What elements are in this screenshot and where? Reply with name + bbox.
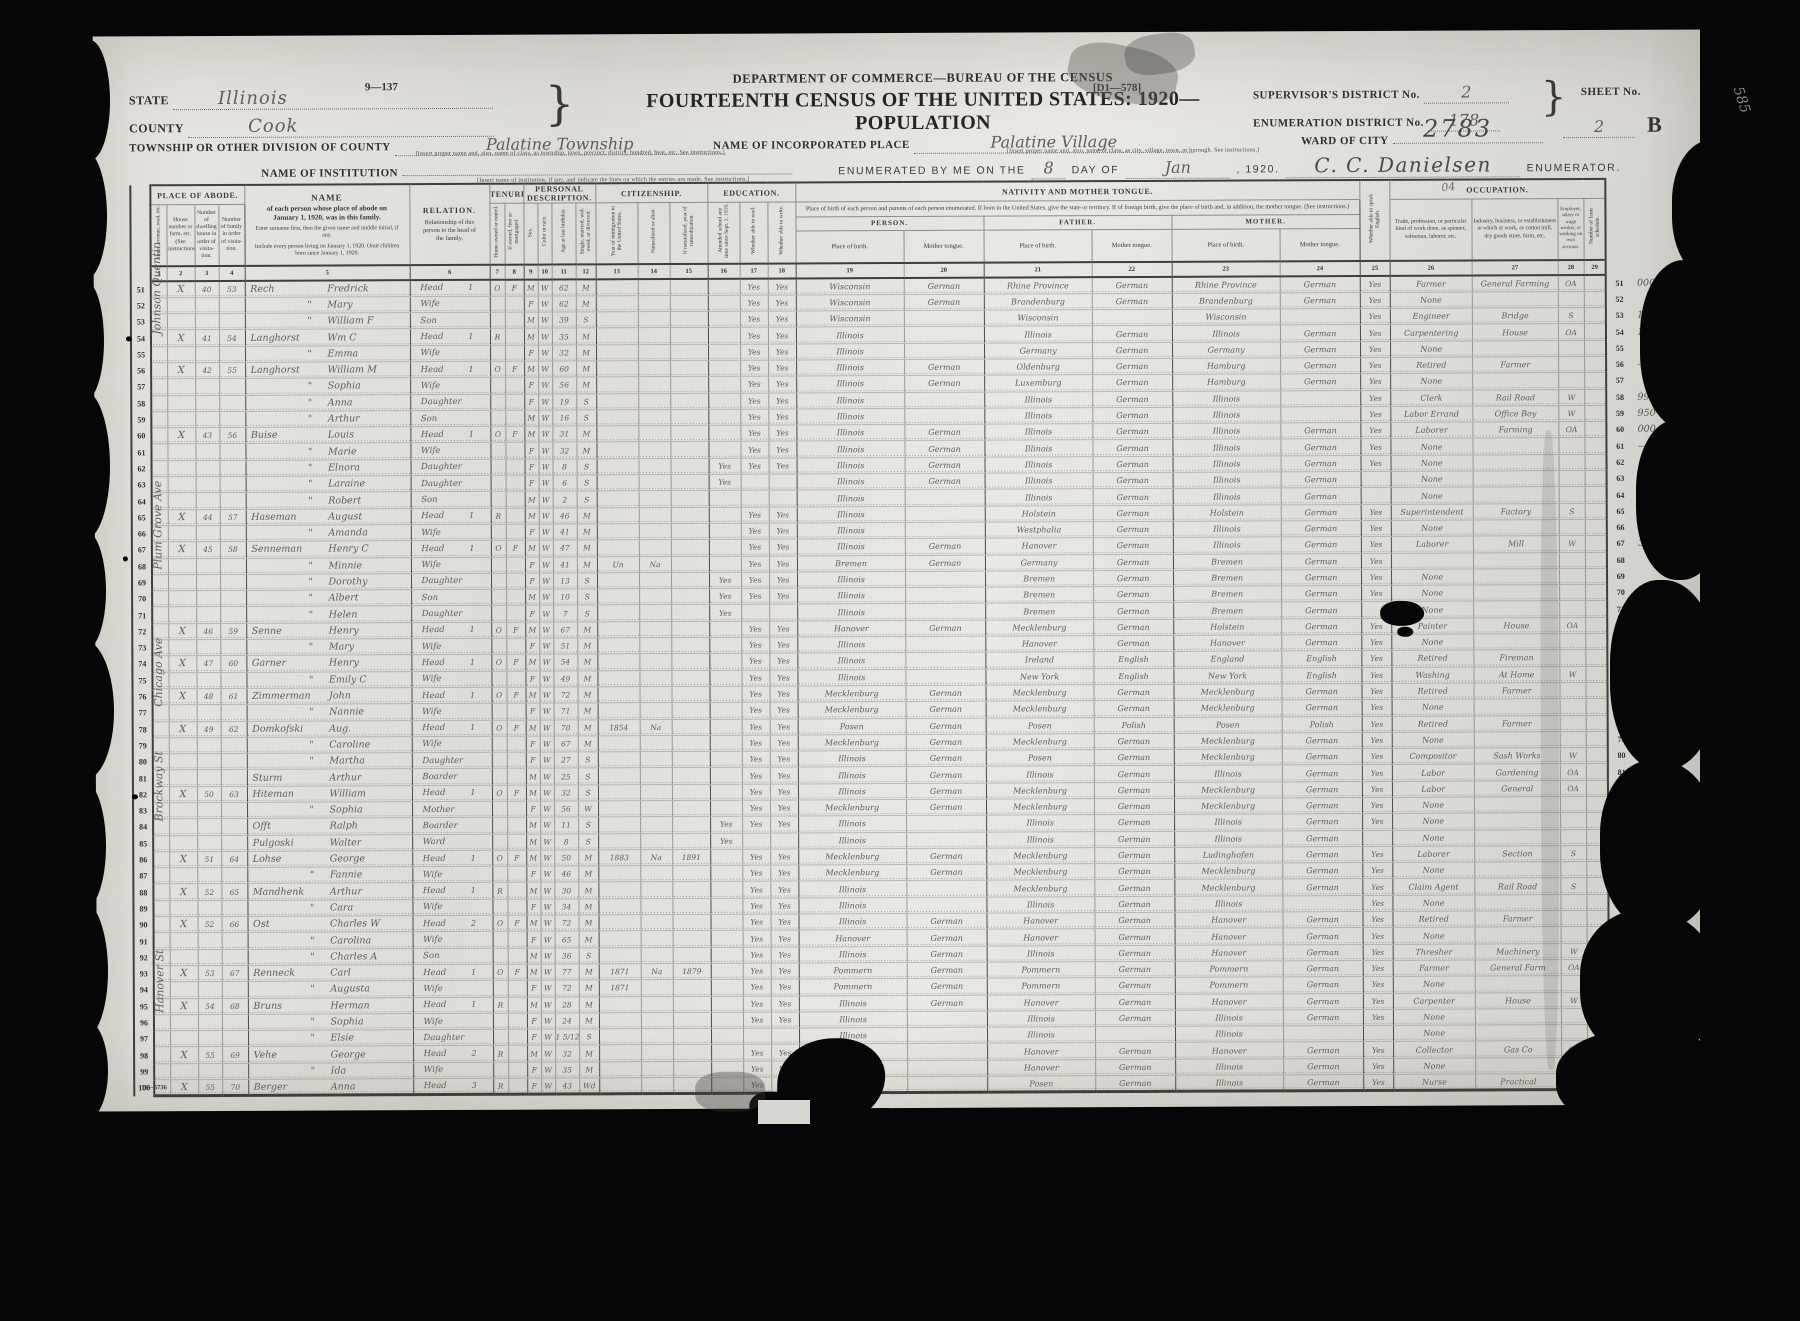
cell-mt: German: [905, 555, 985, 572]
column-family-number: Num­ber of family in order of vis­ita­ti…: [218, 204, 244, 266]
cell-race: W: [538, 377, 552, 393]
cell-mmt: German: [1281, 520, 1361, 537]
cell-fam: 57: [220, 509, 246, 525]
cell-occ: None: [1391, 520, 1473, 537]
cell-imm: [598, 703, 640, 719]
name-title: NAME: [245, 192, 409, 203]
cell-age: 46: [553, 508, 577, 524]
cell-fpb: Mecklenburg: [986, 848, 1094, 865]
cell-eng: Yes: [1361, 553, 1391, 569]
cell-fm: [505, 410, 524, 426]
cell-line-left: 94: [134, 982, 154, 998]
cell-sex: M: [525, 622, 539, 638]
cell-wr: Yes: [770, 784, 798, 800]
cell-mpb: Hanover: [1175, 993, 1283, 1010]
table-header: PLACE OF ABODE. NAME of each person whos…: [130, 179, 1682, 267]
cell-street: [151, 444, 167, 460]
cell-age: 31: [552, 426, 576, 442]
cell-wr: Yes: [768, 295, 796, 311]
cell-nat: [638, 360, 670, 376]
cell-sex: F: [527, 980, 541, 996]
cell-imm: [599, 1013, 641, 1029]
cell-age: 6: [553, 475, 577, 491]
cell-emp: OA: [1560, 764, 1586, 780]
cell-nat: [639, 523, 671, 539]
cell-eng: Yes: [1363, 944, 1393, 960]
cell-pb: Illinois: [797, 490, 905, 507]
cell-fam: [222, 933, 248, 949]
cell-fpb: Hanover: [987, 1043, 1095, 1060]
cell-occ: None: [1393, 1058, 1475, 1075]
cell-mar: M: [578, 882, 598, 898]
cell-dw: 55: [198, 1080, 222, 1096]
cell-emp: [1561, 911, 1587, 927]
cell-line-left: 73: [132, 640, 152, 656]
cell-dw: 46: [196, 623, 220, 639]
cell-mpb: Hamburg: [1172, 358, 1280, 375]
cell-dw: [195, 395, 219, 411]
cell-mt: [906, 669, 986, 686]
cell-mt: German: [904, 278, 984, 295]
cell-name: "Fannie: [247, 867, 412, 884]
cell-emp: [1559, 471, 1585, 487]
cell-name: "Mary: [246, 639, 411, 656]
cell-rel: Son: [411, 492, 491, 509]
cell-fam: [220, 607, 246, 623]
cell-fmt: Polish: [1094, 717, 1174, 734]
cell-rd: Yes: [743, 979, 771, 995]
cell-fmt: German: [1093, 472, 1173, 489]
cell-fmt: [1092, 309, 1172, 326]
cell-line-left: 76: [133, 689, 153, 705]
cell-mt: German: [906, 799, 986, 816]
cell-race: W: [540, 785, 554, 801]
cell-race: W: [539, 475, 553, 491]
cell-age: 50: [554, 850, 578, 866]
cell-house: X: [170, 917, 198, 933]
cell-fmt: German: [1092, 293, 1172, 310]
cell-age: 46: [554, 866, 578, 882]
cell-pb: Illinois: [799, 914, 907, 931]
cell-race: W: [540, 850, 554, 866]
cell-eng: Yes: [1361, 634, 1391, 650]
cell-mar: M: [577, 540, 597, 556]
cell-nat: Na: [639, 556, 671, 572]
cell-mpb: Illinois: [1173, 521, 1281, 538]
cell-rel: 3Head: [413, 1078, 493, 1095]
cell-fmt: German: [1094, 749, 1174, 766]
cell-race: W: [540, 866, 554, 882]
cell-occ: None: [1392, 813, 1474, 830]
cell-fpb: Posen: [986, 750, 1094, 767]
column-number: 25: [1360, 261, 1390, 276]
cell-mar: M: [578, 899, 598, 915]
cell-house: X: [170, 1080, 198, 1096]
cell-occ: Labor: [1392, 781, 1474, 798]
cell-pb: Illinois: [798, 816, 906, 833]
cell-rd: Yes: [740, 425, 768, 441]
cell-mar: M: [576, 442, 596, 458]
cell-imm: [597, 654, 639, 670]
cell-farm: [1585, 617, 1607, 633]
column-number: 10: [538, 265, 552, 280]
cell-fpb: Hanover: [985, 538, 1093, 555]
cell-eng: Yes: [1363, 895, 1393, 911]
cell-natyr: [670, 311, 708, 327]
cell-eng: Yes: [1360, 341, 1390, 357]
cell-race: W: [541, 1078, 555, 1094]
column-attended-school: Attended school any time since Sept. 1, …: [707, 202, 739, 264]
cell-farm: [1585, 454, 1607, 470]
cell-imm: [597, 572, 639, 588]
cell-fmt: German: [1094, 766, 1174, 783]
cell-race: W: [541, 964, 555, 980]
cell-fm: F: [505, 280, 524, 296]
cell-mpb: Hanover: [1175, 928, 1283, 945]
cell-line-left: 98: [134, 1047, 154, 1063]
cell-or: [490, 296, 505, 312]
father-tongue-header: Mother tongue.: [1092, 229, 1172, 262]
cell-imm: [596, 426, 638, 442]
cell-dw: [197, 900, 221, 916]
cell-fmt: German: [1094, 733, 1174, 750]
cell-race: W: [539, 589, 553, 605]
cell-line-left: 99: [134, 1064, 154, 1080]
cell-race: W: [541, 931, 555, 947]
cell-mmt: English: [1282, 667, 1362, 684]
cell-natyr: [671, 654, 709, 670]
cell-natyr: [670, 344, 708, 360]
sheet-letter: B: [1647, 112, 1662, 137]
cell-dw: 40: [195, 281, 219, 297]
cell-pb: Illinois: [797, 506, 905, 523]
film-edge-blob: [64, 530, 106, 650]
cell-imm: [598, 898, 640, 914]
torn-edge-blob: [1600, 760, 1720, 930]
cell-line-right: 67: [1607, 536, 1633, 552]
cell-age: 72: [554, 687, 578, 703]
group-citizenship: CITIZENSHIP.: [595, 183, 707, 203]
cell-race: W: [539, 605, 553, 621]
cell-age: 7: [553, 605, 577, 621]
cell-natyr: [672, 703, 710, 719]
cell-rel: Wife: [411, 524, 491, 541]
cell-ind: General Farming: [1472, 275, 1558, 292]
cell-ind: [1472, 291, 1558, 308]
cell-rel: Wife: [411, 638, 491, 655]
cell-occ: Retired: [1392, 716, 1474, 733]
cell-line-left: 95: [134, 998, 154, 1014]
cell-nat: [638, 328, 670, 344]
cell-fm: [508, 980, 527, 996]
cell-house: X: [170, 998, 198, 1014]
column-number: 13: [596, 264, 638, 279]
cell-fm: [507, 801, 526, 817]
cell-rel: Wife: [413, 932, 493, 949]
cell-fam: [221, 753, 247, 769]
cell-fpb: Pommern: [987, 962, 1095, 979]
cell-age: 35: [555, 1062, 579, 1078]
cell-line-left: 59: [131, 412, 151, 428]
cell-age: 49: [553, 671, 577, 687]
cell-fmt: German: [1092, 423, 1172, 440]
cell-rd: Yes: [742, 882, 770, 898]
cell-eng: Yes: [1361, 504, 1391, 520]
cell-nat: [641, 931, 673, 947]
cell-nat: [640, 801, 672, 817]
cell-farm: [1584, 324, 1606, 340]
cell-name: SennemanHenry C: [246, 541, 411, 558]
cell-sex: M: [526, 817, 540, 833]
cell-mar: M: [578, 736, 598, 752]
cell-fam: [220, 476, 246, 492]
cell-mt: [904, 310, 984, 327]
cell-sch: Yes: [709, 572, 741, 588]
cell-rel: Daughter: [412, 752, 492, 769]
cell-pb: Wisconsin: [796, 294, 904, 311]
cell-fmt: German: [1094, 880, 1174, 897]
enumerator-signature: C. C. Danielsen: [1314, 152, 1492, 177]
cell-rel: Daughter: [410, 394, 490, 411]
cell-sex: M: [526, 687, 540, 703]
cell-nat: [641, 1078, 673, 1094]
cell-natyr: [672, 866, 710, 882]
county-label: COUNTY: [129, 121, 184, 135]
speck: [123, 556, 128, 561]
cell-nat: [640, 898, 672, 914]
cell-line-left: 86: [133, 852, 153, 868]
cell-fm: [508, 1029, 527, 1045]
cell-or: [492, 801, 507, 817]
cell-imm: [596, 279, 638, 295]
cell-eng: Yes: [1361, 423, 1391, 439]
cell-emp: W: [1560, 666, 1586, 682]
cell-name: VeheGeorge: [248, 1046, 413, 1063]
cell-rd: Yes: [743, 1045, 771, 1061]
cell-mmt: German: [1280, 276, 1360, 293]
cell-mt: German: [905, 538, 985, 555]
cell-eng: Yes: [1363, 1009, 1393, 1025]
cell-name: MandhenkArthur: [247, 883, 412, 900]
cell-fm: [506, 524, 525, 540]
cell-pb: Mecklenburg: [798, 848, 906, 865]
cell-dw: [197, 754, 221, 770]
cell-name: "Emma: [245, 345, 410, 362]
cell-or: [490, 378, 505, 394]
cell-fm: [508, 948, 527, 964]
cell-house: [170, 982, 198, 998]
cell-name: "Ida: [248, 1062, 413, 1079]
cell-sch: [708, 311, 740, 327]
cell-fm: [507, 703, 526, 719]
cell-mar: M: [579, 915, 599, 931]
cell-ind: [1472, 373, 1558, 390]
cell-fam: 53: [219, 281, 245, 297]
cell-mpb: Illinois: [1174, 830, 1282, 847]
cell-imm: [598, 866, 640, 882]
cell-rd: Yes: [742, 719, 770, 735]
mother-tongue-header: Mother tongue.: [1280, 228, 1360, 261]
cell-street: [153, 835, 169, 851]
cell-mpb: Illinois: [1174, 765, 1282, 782]
cell-mpb: Brandenburg: [1172, 293, 1280, 310]
cell-nat: [640, 833, 672, 849]
cell-mar: S: [576, 410, 596, 426]
column-number: 15: [670, 264, 708, 279]
cell-wr: Yes: [771, 930, 799, 946]
cell-line-left: 96: [134, 1015, 154, 1031]
cell-dw: [196, 640, 220, 656]
cell-imm: [599, 1045, 641, 1061]
cell-mmt: German: [1281, 455, 1361, 472]
cell-natyr: [671, 523, 709, 539]
cell-age: 39: [552, 312, 576, 328]
cell-sch: [710, 751, 742, 767]
cell-pb: Illinois: [796, 359, 904, 376]
cell-street: [151, 346, 167, 362]
cell-farm: [1585, 633, 1607, 649]
cell-occ: Engineer: [1390, 308, 1472, 325]
cell-age: 19: [552, 394, 576, 410]
cell-eng: Yes: [1362, 846, 1392, 862]
cell-wr: Yes: [768, 393, 796, 409]
cell-rel: Wife: [412, 736, 492, 753]
cell-fm: [508, 1046, 527, 1062]
column-number: 2: [167, 266, 195, 281]
cell-fpb: Germany: [985, 554, 1093, 571]
cell-wr: Yes: [769, 556, 797, 572]
cell-rel: 2Head: [413, 1046, 493, 1063]
cell-fam: 63: [221, 786, 247, 802]
cell-or: R: [493, 1046, 508, 1062]
cell-mar: M: [577, 556, 597, 572]
cell-age: 27: [554, 752, 578, 768]
cell-eng: Yes: [1363, 977, 1393, 993]
cell-mt: German: [906, 750, 986, 767]
cell-imm: 1871: [599, 980, 641, 996]
cell-fm: F: [505, 361, 524, 377]
cell-pb: Illinois: [797, 457, 905, 474]
cell-wr: [771, 1028, 799, 1044]
column-able-to-write: Whether able to write.: [767, 202, 795, 264]
cell-imm: [599, 947, 641, 963]
cell-mt: German: [907, 962, 987, 979]
mother-pob-header: Place of birth.: [1172, 228, 1280, 261]
cell-line-left: 52: [131, 298, 151, 314]
cell-imm: [599, 996, 641, 1012]
cell-name: ZimmermanJohn: [247, 688, 412, 705]
cell-emp: [1561, 1025, 1587, 1041]
cell-or: [491, 638, 506, 654]
cell-fpb: Germany: [984, 342, 1092, 359]
cell-mmt: German: [1280, 423, 1360, 440]
cell-house: [167, 346, 195, 362]
cell-eng: [1361, 488, 1391, 504]
cell-natyr: [671, 507, 709, 523]
cell-race: W: [541, 915, 555, 931]
column-relation: RELATION. Relationship of this person to…: [409, 184, 489, 265]
cell-rd: [743, 1028, 771, 1044]
cell-mt: German: [904, 294, 984, 311]
cell-name: PulgoskiWalter: [247, 834, 412, 851]
cell-nat: [641, 947, 673, 963]
cell-fmt: German: [1093, 489, 1173, 506]
cell-house: [170, 949, 198, 965]
cell-sch: Yes: [710, 833, 742, 849]
cell-mt: German: [906, 848, 986, 865]
cell-or: [491, 573, 506, 589]
cell-farm: [1586, 666, 1608, 682]
cell-emp: [1560, 650, 1586, 666]
cell-mt: [907, 1060, 987, 1077]
cell-natyr: [671, 556, 709, 572]
cell-or: [490, 410, 505, 426]
group-occupation: OCCUPATION.: [1389, 179, 1605, 199]
cell-eng: Yes: [1360, 357, 1390, 373]
cell-name: "Marie: [245, 443, 410, 460]
cell-sex: M: [525, 589, 539, 605]
cell-house: [168, 493, 196, 509]
cell-farm: [1584, 275, 1606, 291]
cell-emp: [1560, 829, 1586, 845]
cell-line-left: 57: [131, 379, 151, 395]
cell-wr: Yes: [769, 507, 797, 523]
cell-mar: S: [577, 589, 597, 605]
cell-fmt: German: [1093, 570, 1173, 587]
cell-fam: 58: [220, 542, 246, 558]
cell-age: 70: [554, 719, 578, 735]
cell-occ: Labor: [1392, 764, 1474, 781]
cell-fpb: Mecklenburg: [986, 799, 1094, 816]
cell-age: 41: [553, 524, 577, 540]
cell-mar: M: [577, 670, 597, 686]
cell-mar: M: [578, 866, 598, 882]
cell-farm: [1585, 438, 1607, 454]
cell-fam: [219, 313, 245, 329]
cell-wr: Yes: [770, 735, 798, 751]
cell-fam: [220, 525, 246, 541]
cell-sex: M: [527, 997, 541, 1013]
cell-or: [492, 866, 507, 882]
census-table: PLACE OF ABODE. NAME of each person whos…: [129, 178, 1685, 1098]
cell-line-left: 80: [133, 754, 153, 770]
cell-or: [491, 671, 506, 687]
cell-rel: Son: [413, 948, 493, 965]
film-edge-blob: [62, 150, 107, 280]
cell-sex: M: [525, 540, 539, 556]
column-age: Age at last birth­day.: [551, 203, 575, 265]
cell-natyr: [672, 768, 710, 784]
cell-eng: Yes: [1363, 1058, 1393, 1074]
cell-emp: [1559, 568, 1585, 584]
cell-house: [168, 460, 196, 476]
cell-natyr: [670, 393, 708, 409]
cell-dw: 51: [197, 851, 221, 867]
cell-name: "Martha: [247, 753, 412, 770]
cell-mpb: Illinois: [1175, 1075, 1283, 1092]
cell-mmt: German: [1283, 1075, 1363, 1092]
cell-imm: [596, 377, 638, 393]
cell-race: W: [539, 557, 553, 573]
cell-or: O: [492, 720, 507, 736]
group-tenure: TENURE.: [489, 184, 523, 204]
cell-mmt: German: [1281, 602, 1361, 619]
cell-mpb: Pommern: [1175, 961, 1283, 978]
cell-line-left: 70: [132, 591, 152, 607]
cell-or: R: [490, 329, 505, 345]
cell-fam: 66: [222, 916, 248, 932]
cell-farm: [1586, 780, 1608, 796]
